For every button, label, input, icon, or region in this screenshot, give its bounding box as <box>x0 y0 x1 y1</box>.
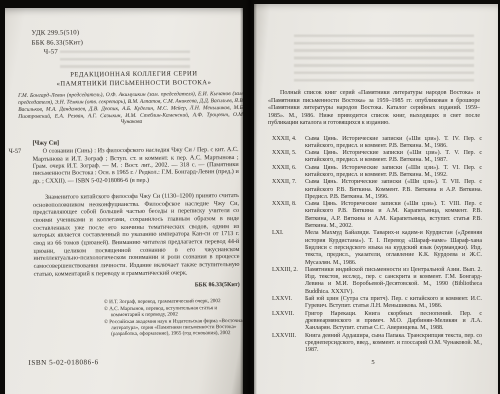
series-entry-row: XXXII, 5. Сыма Цянь. Исторические записк… <box>272 150 482 165</box>
series-entry-row: XXXII, 6. Сыма Цянь. Исторические записк… <box>272 165 482 180</box>
series-entry-row: LXI. Мела Махмуд Байазиди. Таварих-и кад… <box>272 230 482 266</box>
copyright-block: © И.Т. Зограф, перевод, грамматический о… <box>104 298 243 337</box>
series-entry-text: Памятники индийской письменности из Цент… <box>305 267 482 296</box>
series-entry-row: XXXII, 7. Сыма Цянь. Исторические записк… <box>272 179 482 201</box>
series-entry-row: XXXII, 4. Сыма Цянь. Исторические записк… <box>272 136 482 151</box>
series-entry-number: XXXII, 6. <box>272 165 305 172</box>
series-entry-text: Сыма Цянь. Исторические записки («Ши цзи… <box>305 136 482 151</box>
copyright-line: © А.С. Мартынов, перевод, вступительная … <box>104 305 243 318</box>
series-entry-number: LXXVI. <box>272 296 305 303</box>
copyright-line: © И.Т. Зограф, перевод, грамматический о… <box>104 298 243 305</box>
series-entry-text: Сыма Цянь. Исторические записки («Ши цзи… <box>305 179 482 201</box>
series-entry-number: XXXII, 4. <box>272 136 305 143</box>
series-entry-row: LXXVII. Григор Нарекаци. Книга скорбных … <box>272 311 482 333</box>
book-gutter-shadow <box>240 0 257 394</box>
catalog-record: Ч-57 [Чжу Си] О сознании (Синь) : Из фил… <box>32 138 236 184</box>
series-entry-row: LXXIII, 2. Памятники индийской письменно… <box>272 267 482 296</box>
series-entry-number: LXXIII, 2. <box>272 267 305 274</box>
bbk-bottom-code: ББК 86.33(5Кит) <box>34 282 240 291</box>
book-annotation: Знаменитого китайского философа Чжу Си (… <box>33 192 240 279</box>
classification-block: УДК 299.5(510) ББК 86.33(5Кит) Ч-57 <box>31 27 235 58</box>
series-list-intro: Полный список книг серий «Памятники лите… <box>268 90 480 128</box>
editorial-header-line2: «ПАМЯТНИКИ ПИСЬМЕННОСТИ ВОСТОКА» <box>32 78 236 89</box>
left-page: УДК 299.5(510) ББК 86.33(5Кит) Ч-57 РЕДА… <box>5 8 243 394</box>
copyright-line: © Российская академия наук и Издательска… <box>104 318 243 337</box>
catalog-author-sign: Ч-57 <box>9 148 22 156</box>
series-entry-text: Григор Нарекаци. Книга скорбных песнопен… <box>305 311 482 333</box>
series-entry-row: LXXVI. Бай юй цзин (Сутра ста притч). Пе… <box>272 296 482 311</box>
book-spread: УДК 299.5(510) ББК 86.33(5Кит) Ч-57 РЕДА… <box>0 0 500 394</box>
series-entry-row: LXXVIII. Книга деяний Ардашира, сына Пап… <box>272 333 482 355</box>
right-page: Полный список книг серий «Памятники лите… <box>254 4 498 394</box>
left-page-content: УДК 299.5(510) ББК 86.33(5Кит) Ч-57 РЕДА… <box>5 8 243 394</box>
series-entry-number: XXXII, 7. <box>272 179 305 186</box>
author-sign-code: Ч-57 <box>32 46 236 57</box>
series-entry-text: Мела Махмуд Байазиди. Таварих-и кадим-и … <box>305 230 482 266</box>
series-entry-number: LXXVII. <box>272 311 305 318</box>
series-entry-text: Сыма Цянь. Исторические записки («Ши цзи… <box>305 165 482 180</box>
editorial-board-members: Г.М. Бонгард-Левин (председатель), О.Ф. … <box>18 91 243 128</box>
series-entry-number: LXXVIII. <box>272 333 305 340</box>
series-entry-text: Сыма Цянь. Исторические записки («Ши цзи… <box>305 150 482 165</box>
series-entry-number: XXXII, 5. <box>272 150 305 157</box>
series-entry-number: XXXII, 8. <box>272 201 305 208</box>
isbn-number: ISBN 5-02-018086-6 <box>28 359 98 367</box>
catalog-entry-text: О сознании (Синь) : Из философского насл… <box>33 146 239 184</box>
series-entry-number: LXI. <box>272 230 305 237</box>
series-entries-list: XXXII, 4. Сыма Цянь. Исторические записк… <box>272 136 482 355</box>
series-entry-row: XXXII, 8. Сыма Цянь. Исторические записк… <box>272 201 482 230</box>
editorial-board-header: РЕДАКЦИОННАЯ КОЛЛЕГИЯ СЕРИИ «ПАМЯТНИКИ П… <box>32 69 236 89</box>
series-entry-text: Сыма Цянь. Исторические записки («Ши цзи… <box>305 201 482 230</box>
series-entry-text: Книга деяний Ардашира, сына Папака. Тран… <box>305 333 482 355</box>
page-number: 5 <box>268 359 478 366</box>
right-page-content: Полный список книг серий «Памятники лите… <box>254 4 498 394</box>
series-entry-text: Бай юй цзин (Сутра ста притч). Пер. с ки… <box>305 296 482 311</box>
